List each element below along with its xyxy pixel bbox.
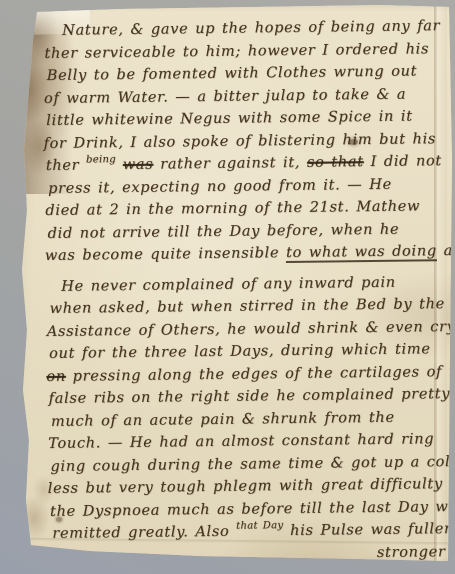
manuscript-text-segment: the Dyspnoea much as before till the las… xyxy=(50,498,455,519)
manuscript-text-segment: was xyxy=(123,157,154,173)
manuscript-text-segment: did not arrive till the Day before, when… xyxy=(48,221,400,241)
manuscript-text-segment: out for the three last Days, during whic… xyxy=(49,341,431,362)
manuscript-text-segment: ther xyxy=(46,157,86,173)
manuscript-text-segment: ther serviceable to him; however I order… xyxy=(44,41,429,62)
manuscript-text-segment: much of an acute pain & shrunk from the xyxy=(51,409,395,429)
manuscript-text-segment: He never complained of any inward pain xyxy=(61,274,396,294)
manuscript-text: Nature, & gave up the hopes of being any… xyxy=(44,15,451,568)
manuscript-text-segment: his Pulse was fuller & xyxy=(283,521,455,539)
scanned-manuscript: Nature, & gave up the hopes of being any… xyxy=(0,0,455,574)
manuscript-text-segment: of warm Water. — a bitter julap to take … xyxy=(44,86,406,106)
manuscript-text-segment: Touch. — He had an almost constant hard … xyxy=(48,431,434,452)
manuscript-text-segment: died at 2 in the morning of the 21st. Ma… xyxy=(45,198,420,219)
manuscript-text-segment: remitted greatly. Also xyxy=(52,524,236,542)
manuscript-page: Nature, & gave up the hopes of being any… xyxy=(0,0,455,574)
manuscript-text-segment: pressing along the edges of the cartilag… xyxy=(66,363,455,384)
manuscript-text-segment: about xyxy=(437,242,455,259)
manuscript-text-segment: false ribs on the right side he complain… xyxy=(49,386,451,407)
manuscript-text-segment: rather against it, xyxy=(153,155,307,173)
manuscript-text-segment: Assistance of Others, he would shrink & … xyxy=(47,318,455,339)
manuscript-text-segment: less but very tough phlegm with great di… xyxy=(48,476,443,497)
manuscript-text-segment: little whitewine Negus with some Spice i… xyxy=(46,109,413,129)
manuscript-text-segment: stronger xyxy=(377,544,446,561)
manuscript-text-segment: being xyxy=(86,154,116,165)
manuscript-text-segment: on xyxy=(46,368,66,384)
manuscript-text-segment: to what was doing xyxy=(286,243,437,263)
manuscript-line: stronger xyxy=(49,541,449,568)
manuscript-text-segment: press it, expecting no good from it. — H… xyxy=(48,176,392,196)
manuscript-text-segment: ging cough during the same time & got up… xyxy=(50,453,455,474)
manuscript-text-segment: so that xyxy=(307,154,364,171)
manuscript-text-segment: that Day xyxy=(236,520,283,532)
manuscript-text-segment: when asked, but when stirred in the Bed … xyxy=(49,296,445,317)
manuscript-text-segment: was become quite insensible xyxy=(45,245,286,264)
manuscript-text-segment: I did not xyxy=(364,153,442,170)
manuscript-text-segment: for Drink, I also spoke of blistering hi… xyxy=(43,131,436,152)
manuscript-text-segment: Nature, & gave up the hopes of being any… xyxy=(62,18,440,39)
manuscript-text-segment: Belly to be fomented with Clothes wrung … xyxy=(47,63,418,84)
manuscript-line: was become quite insensible to what was … xyxy=(45,240,445,267)
